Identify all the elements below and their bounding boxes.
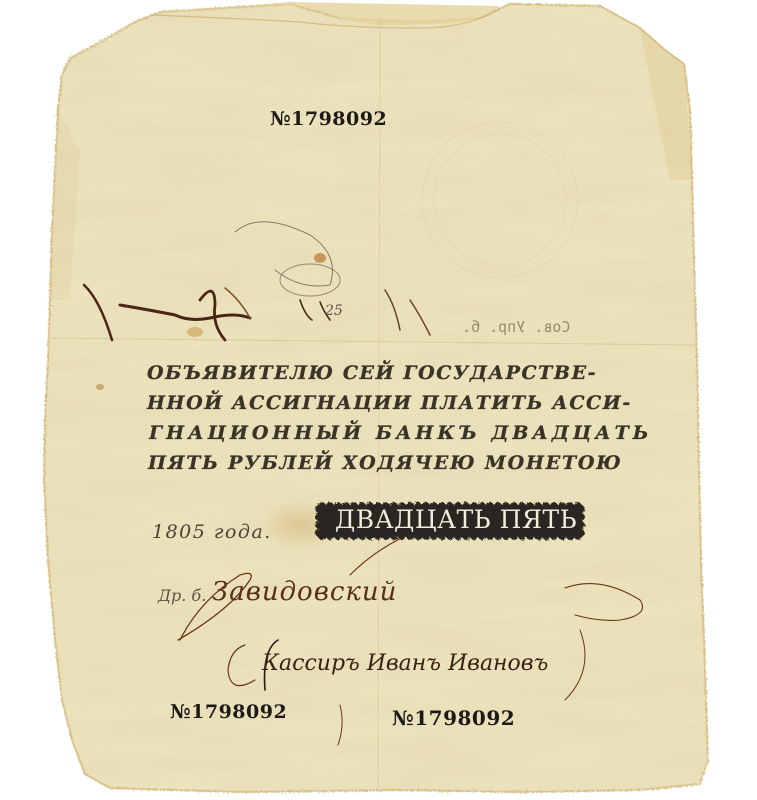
director-signature: Завидовский bbox=[212, 577, 397, 607]
denomination-box: ДВАДЦАТЬ ПЯТЬ bbox=[318, 496, 594, 544]
cashier-signature: Кассиръ Иванъ Ивановъ bbox=[262, 651, 548, 676]
body-text-line-3: гнационный банкъ двадцать bbox=[149, 422, 652, 444]
year-text: 1805 года. bbox=[152, 521, 272, 543]
handwritten-number: 25 bbox=[325, 303, 343, 319]
show-through-stamp: Сов. Упр. б. bbox=[462, 318, 570, 336]
serial-number-top: №1798092 bbox=[270, 108, 387, 130]
signature-prefix: Др. б. bbox=[158, 586, 206, 605]
serial-number-bottom-left: №1798092 bbox=[170, 701, 287, 723]
body-text-line-1: Объявителю сей государстве- bbox=[147, 362, 597, 384]
serial-number-bottom-right: №1798092 bbox=[392, 706, 515, 730]
body-text-line-4: пять рублей ходячею монетою bbox=[148, 452, 623, 474]
denomination-label: ДВАДЦАТЬ ПЯТЬ bbox=[318, 496, 594, 544]
body-text-line-2: нной ассигнации платить асси- bbox=[147, 392, 632, 414]
